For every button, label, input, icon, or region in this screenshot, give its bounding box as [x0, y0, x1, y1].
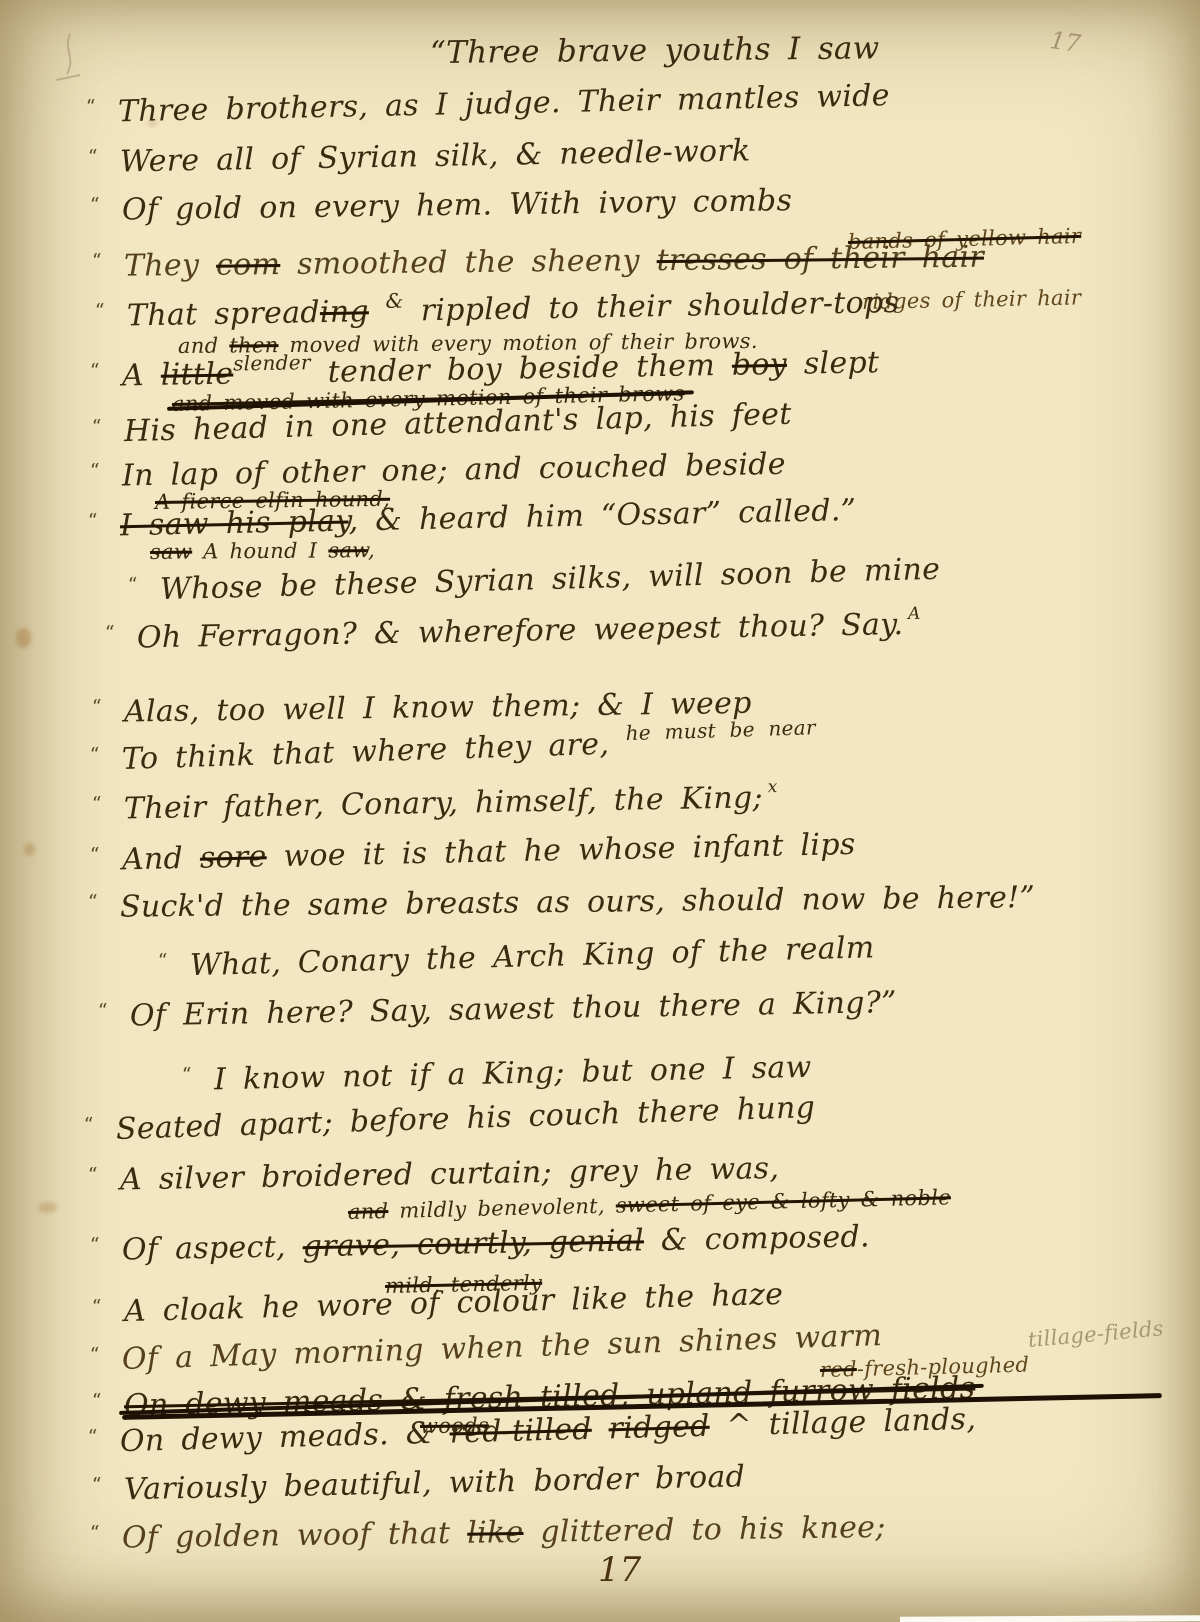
manuscript-line: “A cloak he wore of colour like the haze: [92, 1280, 784, 1328]
manuscript-line: “Variously beautiful, with border broad: [92, 1462, 746, 1506]
manuscript-line: “Their father, Conary, himself, the King…: [92, 783, 778, 825]
text-segment: and: [178, 334, 230, 358]
manuscript-line: “Of Erin here? Say, sawest thou there a …: [98, 988, 897, 1032]
text-segment: To think that where they are,: [121, 726, 626, 777]
text-segment: Of golden woof that: [122, 1516, 468, 1556]
struck-text: boy: [732, 347, 788, 383]
text-segment: smoothed the sheeny: [280, 243, 657, 282]
text-segment: A silver broidered curtain; grey he was,: [120, 1151, 780, 1197]
struck-text: tresses of their hair: [656, 240, 984, 278]
text-segment: And: [122, 841, 201, 878]
struck-text: grave, courtly, genial: [302, 1223, 644, 1264]
manuscript-line: “That spreading & rippled to their shoul…: [95, 288, 900, 332]
text-segment: Were all of Syrian silk, & needle-work: [120, 133, 751, 179]
inserted-text: slender: [233, 350, 311, 375]
ditto-mark: “: [105, 624, 115, 643]
interlinear-revision: tillage-fields: [1027, 1318, 1164, 1351]
text-segment: Of a May morning when the sun shines war…: [121, 1318, 882, 1377]
page-number-ink: 17: [598, 1550, 641, 1590]
manuscript-line: “To think that where they are, he must b…: [90, 723, 817, 776]
struck-text: like: [467, 1515, 524, 1551]
ditto-mark: “: [92, 1298, 103, 1317]
text-segment: “Three brave youths I saw: [430, 30, 880, 71]
text-segment: A hound I: [192, 538, 328, 563]
struck-text: I saw his play: [120, 504, 349, 544]
ditto-mark: “: [158, 952, 169, 971]
manuscript-line: “Of golden woof that like glittered to h…: [90, 1513, 886, 1554]
text-segment: woe it is that he whose infant lips: [266, 827, 856, 874]
text-segment: Variously beautiful, with border broad: [124, 1459, 746, 1507]
manuscript-line: “Suck'd the same breasts as ours, should…: [88, 883, 1035, 923]
ditto-mark: “: [90, 746, 101, 765]
ditto-mark: “: [90, 462, 100, 481]
text-segment: mildly benevolent,: [388, 1193, 616, 1223]
manuscript-line: “What, Conary the Arch King of the realm: [158, 933, 875, 982]
pencil-squiggle-mark: [48, 30, 92, 94]
ditto-mark: “: [88, 893, 98, 912]
ditto-mark: “: [90, 1236, 100, 1255]
page-number-pencil: 17: [1048, 26, 1082, 58]
manuscript-line: “Were all of Syrian silk, & needle-work: [88, 136, 751, 178]
text-segment: Of aspect,: [122, 1229, 303, 1267]
struck-text: and: [348, 1199, 389, 1224]
struck-text: sweet of eye & lofty & noble: [616, 1185, 952, 1217]
manuscript-line: “In lap of other one; and couched beside: [90, 450, 786, 492]
inserted-text: &: [385, 289, 404, 313]
struck-text: little: [161, 357, 234, 393]
paper-stain: [24, 843, 35, 856]
ditto-mark: “: [90, 846, 100, 865]
text-segment: That spread: [127, 295, 320, 333]
text-segment: Their father, Conary, himself, the King;: [124, 780, 763, 826]
text-segment: I know not if a King; but one I saw: [214, 1050, 812, 1098]
superscript-mark: x: [767, 777, 777, 797]
struck-text: saw: [328, 538, 368, 562]
paper-stain: [38, 1202, 57, 1213]
text-segment: What, Conary the Arch King of the realm: [190, 930, 875, 983]
ditto-mark: “: [95, 302, 105, 321]
text-segment: A cloak he wore of colour like the haze: [124, 1277, 784, 1329]
struck-text: saw: [150, 540, 192, 564]
ditto-mark: “: [182, 1066, 192, 1085]
ditto-mark: “: [92, 1392, 102, 1411]
text-segment: ^ tillage lands,: [709, 1402, 976, 1444]
text-segment: They: [124, 248, 216, 284]
ditto-mark: “: [92, 252, 102, 271]
inserted-text: he must be near: [625, 715, 816, 745]
text-segment: Three brothers, as I judge. Their mantle…: [118, 78, 890, 129]
ditto-mark: “: [92, 698, 102, 717]
struck-text: red-tilled: [449, 1412, 592, 1451]
ditto-mark: “: [84, 1116, 95, 1135]
text-segment: & composed.: [644, 1219, 870, 1258]
ditto-mark: “: [88, 1166, 98, 1185]
superscript-mark: A: [908, 604, 921, 624]
manuscript-line: “They com smoothed the sheeny tresses of…: [92, 243, 984, 282]
struck-text: ridged: [608, 1409, 710, 1447]
text-segment: Of Erin here? Say, sawest thou there a K…: [130, 985, 897, 1033]
ditto-mark: “: [98, 1002, 108, 1021]
manuscript-line: “I know not if a King; but one I saw: [182, 1053, 812, 1096]
ditto-mark: “: [88, 512, 98, 531]
text-segment: [369, 294, 386, 329]
manuscript-line: “And sore woe it is that he whose infant…: [90, 830, 856, 876]
poem-title: “Three brave youths I saw: [430, 33, 880, 69]
text-segment: ,: [368, 538, 375, 562]
struck-text: sore: [200, 839, 267, 875]
text-segment: slept: [787, 345, 880, 382]
text-segment: On dewy meads. &: [120, 1416, 450, 1460]
text-segment: glittered to his knee;: [523, 1510, 886, 1550]
ditto-mark: “: [128, 576, 139, 595]
manuscript-line: “Seated apart; before his couch there hu…: [84, 1093, 816, 1146]
text-segment: Seated apart; before his couch there hun…: [115, 1090, 815, 1147]
ditto-mark: “: [88, 148, 98, 167]
manuscript-line: “A silver broidered curtain; grey he was…: [88, 1154, 780, 1196]
ditto-mark: “: [86, 98, 96, 117]
manuscript-line: “Of gold on every hem. With ivory combs: [90, 186, 793, 226]
ditto-mark: “: [90, 362, 100, 381]
paper-stain: [16, 628, 31, 648]
manuscript-line: “Oh Ferragon? & wherefore weepest thou? …: [105, 610, 921, 654]
interlinear-revision: saw A hound I saw,: [150, 540, 375, 563]
struck-text: ing: [320, 294, 370, 330]
text-segment: , & heard him “Ossar” called.”: [348, 493, 856, 539]
manuscript-line: “Of aspect, grave, courtly, genial & com…: [90, 1222, 870, 1266]
ditto-mark: “: [92, 795, 102, 814]
text-segment: In lap of other one; and couched beside: [122, 447, 786, 494]
interlinear-revision: and mildly benevolent, sweet of eye & lo…: [348, 1187, 951, 1223]
ditto-mark: “: [88, 1428, 99, 1447]
manuscript-page: 17 “Three brave youths I saw“Three broth…: [0, 0, 1200, 1622]
text-segment: Suck'd the same breasts as ours, should …: [120, 880, 1035, 925]
manuscript-line: “Three brothers, as I judge. Their mantl…: [86, 81, 890, 128]
ditto-mark: “: [92, 1476, 102, 1495]
scan-edge: [900, 1615, 1200, 1622]
text-segment: rippled to their shoulder-tops: [404, 285, 900, 329]
text-segment: Oh Ferragon? & wherefore weepest thou? S…: [137, 607, 904, 655]
ditto-mark: “: [90, 1524, 100, 1543]
ditto-mark: “: [90, 1346, 101, 1365]
pencil-note: tillage-fields: [1027, 1316, 1165, 1352]
text-segment: [591, 1411, 609, 1446]
text-segment: A: [122, 358, 161, 394]
text-segment: Of gold on every hem. With ivory combs: [122, 183, 793, 227]
struck-text: com: [216, 247, 281, 283]
ditto-mark: “: [92, 418, 103, 437]
manuscript-line: “Of a May morning when the sun shines wa…: [90, 1321, 883, 1376]
ditto-mark: “: [90, 196, 100, 215]
